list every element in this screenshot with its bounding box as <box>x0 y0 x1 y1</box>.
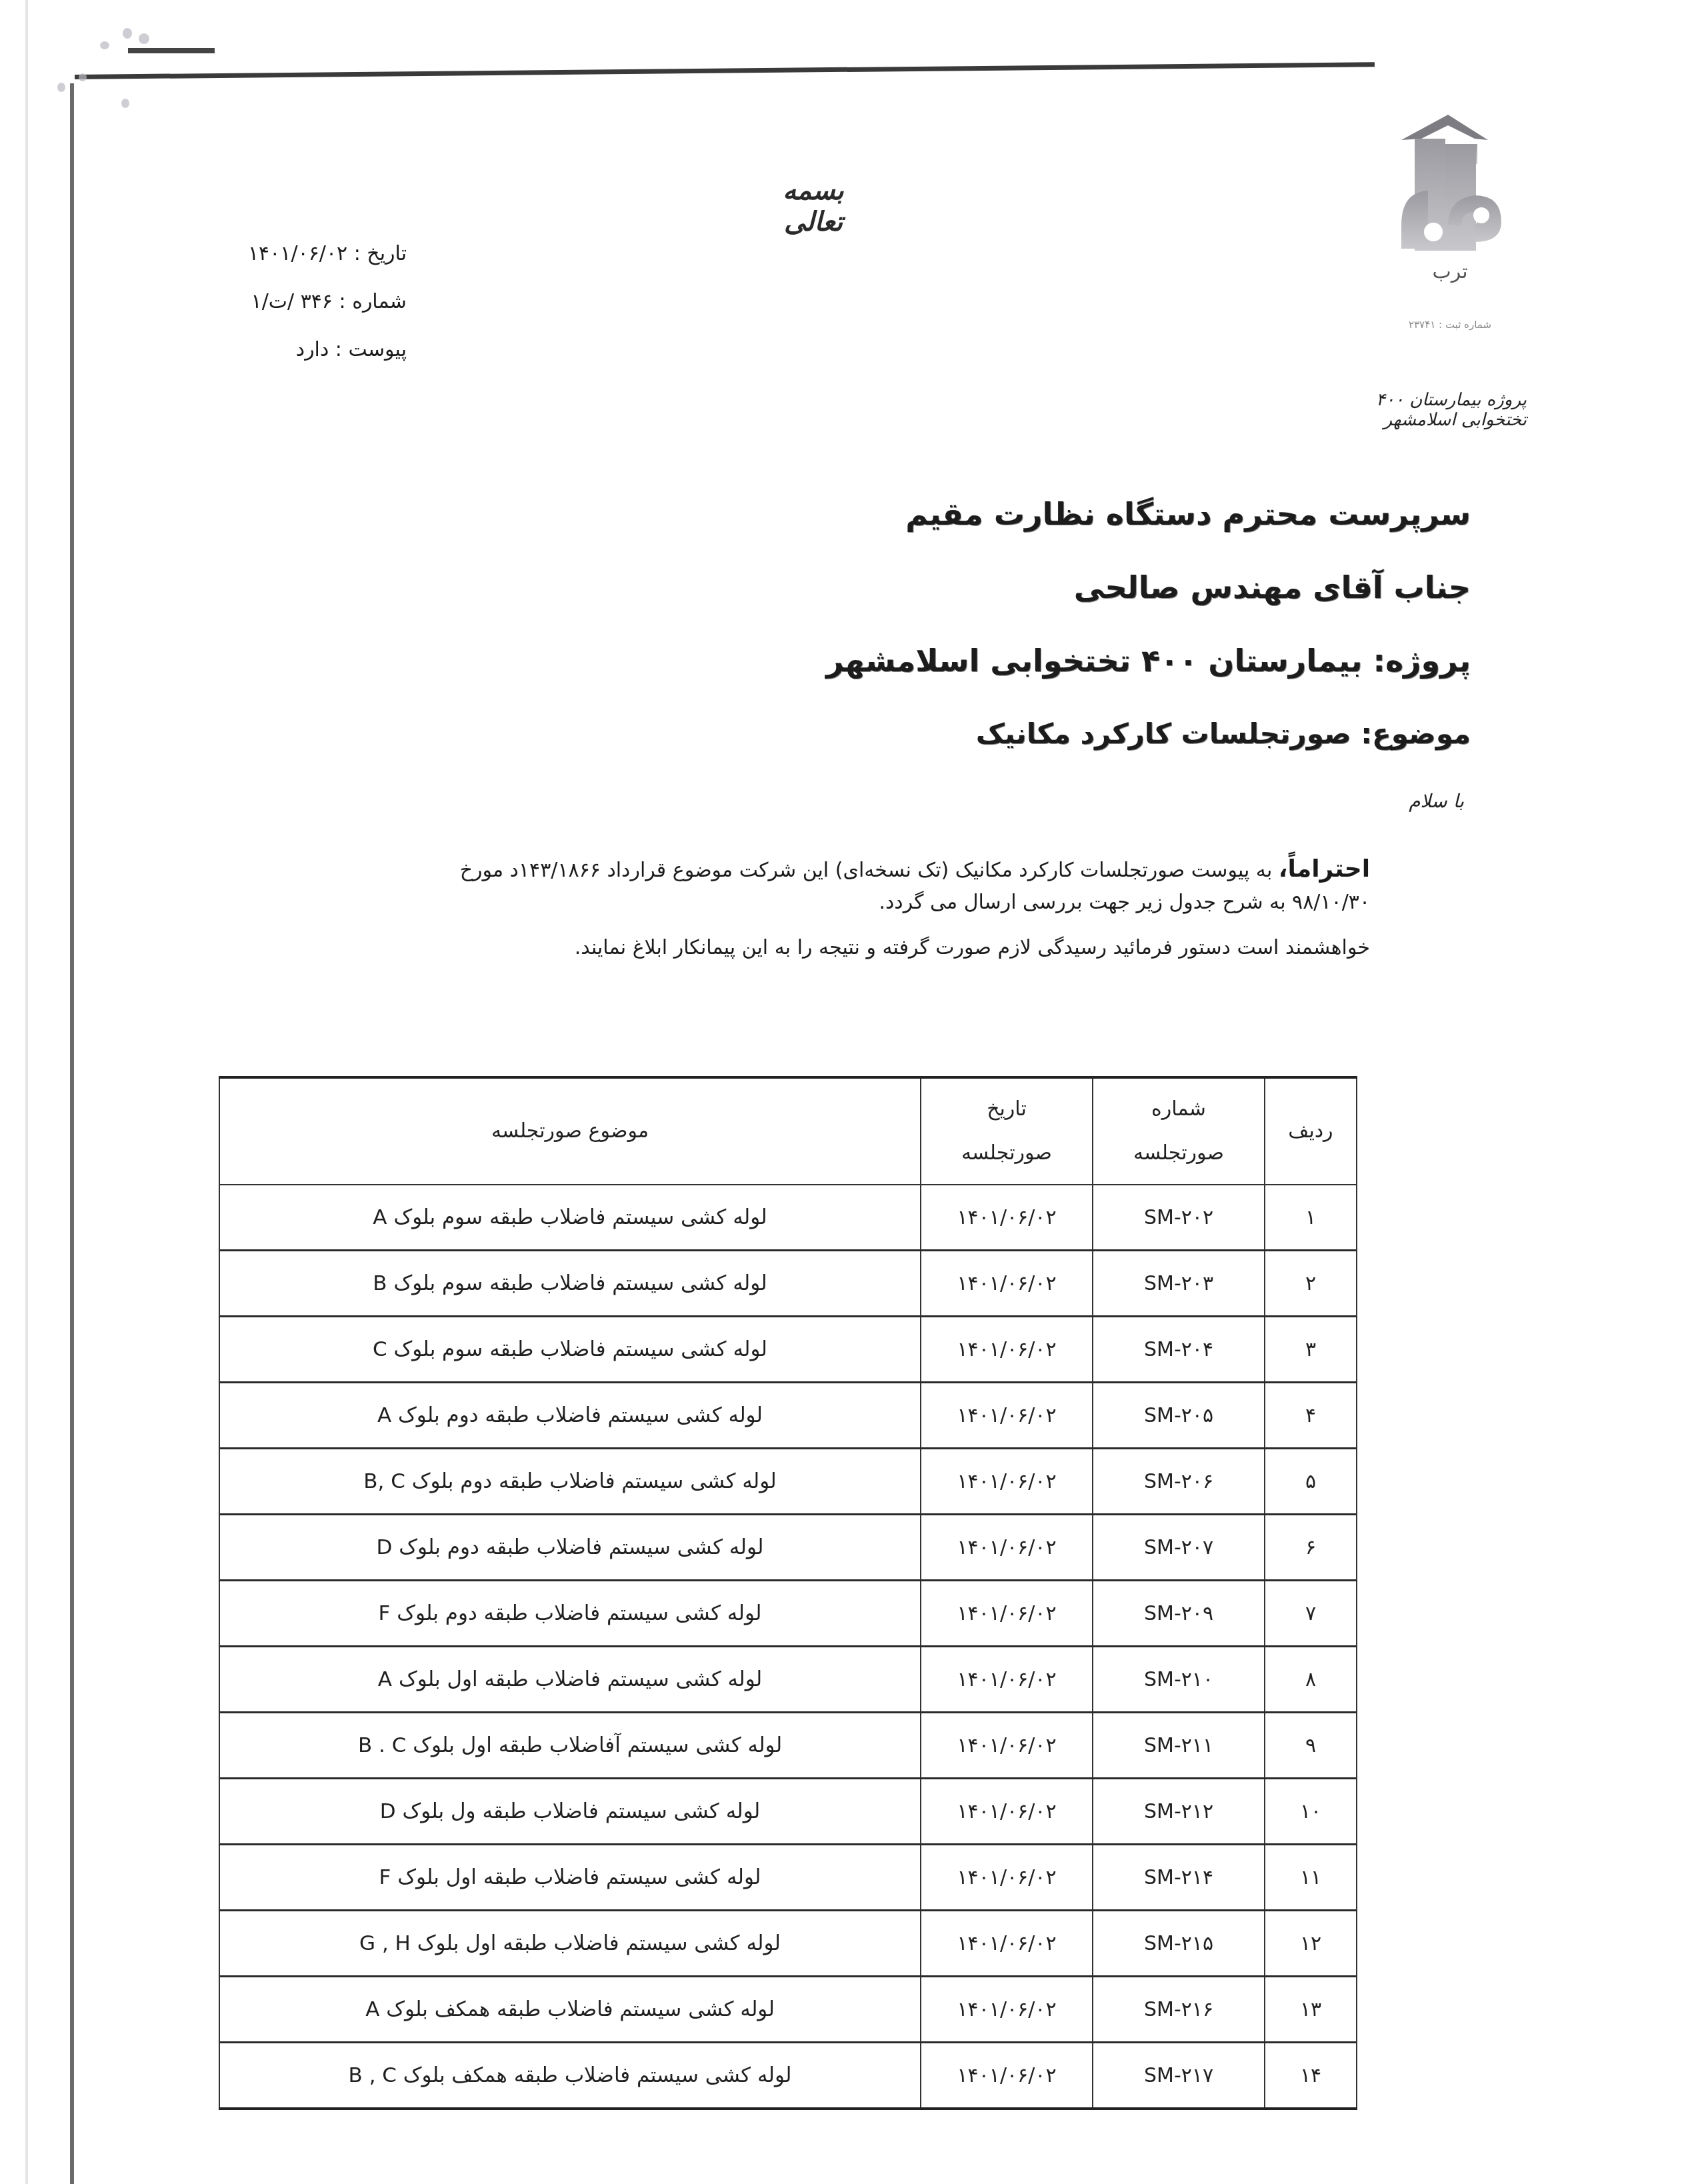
project-label: پروژه: <box>1373 643 1471 679</box>
greeting: با سلام <box>1409 790 1464 812</box>
row-subject: لوله کشی سیستم فاضلاب طبقه سوم بلوک A <box>219 1185 921 1251</box>
row-number: SM-۲۰۹ <box>1093 1581 1265 1647</box>
table-header-row: ردیف شماره صورتجلسه تاریخ صورتجلسه موضوع… <box>219 1077 1357 1185</box>
meta-number: شماره : ۳۴۶ /ت/۱ <box>220 278 407 326</box>
row-subject: لوله کشی سیستم فاضلاب طبقه اول بلوک A <box>219 1647 921 1713</box>
minutes-table-wrapper: ردیف شماره صورتجلسه تاریخ صورتجلسه موضوع… <box>219 1076 1357 2110</box>
row-subject: لوله کشی سیستم فاضلاب طبقه همکف بلوک A <box>219 1977 921 2043</box>
row-date: ۱۴۰۱/۰۶/۰۲ <box>921 1713 1093 1779</box>
meta-attachment-label: پیوست : <box>335 338 407 361</box>
row-number: SM-۲۱۶ <box>1093 1977 1265 2043</box>
table-row: ۵SM-۲۰۶۱۴۰۱/۰۶/۰۲لوله کشی سیستم فاضلاب ط… <box>219 1449 1357 1515</box>
header-number-line2: صورتجلسه <box>1100 1131 1257 1175</box>
row-subject: لوله کشی سیستم فاضلاب طبقه همکف بلوک B ,… <box>219 2043 921 2109</box>
header-number-line1: شماره <box>1100 1087 1257 1131</box>
row-index: ۷ <box>1265 1581 1357 1647</box>
row-date: ۱۴۰۱/۰۶/۰۲ <box>921 1383 1093 1449</box>
row-index: ۵ <box>1265 1449 1357 1515</box>
row-number: SM-۲۰۷ <box>1093 1515 1265 1581</box>
row-number: SM-۲۰۵ <box>1093 1383 1265 1449</box>
subject-value: صورتجلسات کارکرد مکانیک <box>976 717 1351 750</box>
subject-line: موضوع: صورتجلسات کارکرد مکانیک <box>804 713 1471 755</box>
row-index: ۶ <box>1265 1515 1357 1581</box>
row-index: ۱ <box>1265 1185 1357 1251</box>
body-line-2: ۹۸/۱۰/۳۰ به شرح جدول زیر جهت بررسی ارسال… <box>440 887 1370 919</box>
row-subject: لوله کشی سیستم فاضلاب طبقه سوم بلوک C <box>219 1317 921 1383</box>
row-index: ۲ <box>1265 1251 1357 1317</box>
row-index: ۱۴ <box>1265 2043 1357 2109</box>
body-lead: احتراماً، <box>1279 855 1370 883</box>
scan-smudge <box>57 83 65 92</box>
row-date: ۱۴۰۱/۰۶/۰۲ <box>921 1911 1093 1977</box>
row-number: SM-۲۱۱ <box>1093 1713 1265 1779</box>
frame-corner-stub <box>128 48 215 53</box>
subject-label: موضوع: <box>1361 717 1471 750</box>
row-index: ۴ <box>1265 1383 1357 1449</box>
body-line-3: خواهشمند است دستور فرمائید رسیدگی لازم ص… <box>440 932 1370 964</box>
header-subject: موضوع صورتجلسه <box>219 1077 921 1185</box>
row-number: SM-۲۱۰ <box>1093 1647 1265 1713</box>
table-row: ۹SM-۲۱۱۱۴۰۱/۰۶/۰۲لوله کشی سیستم آفاضلاب … <box>219 1713 1357 1779</box>
row-number: SM-۲۰۲ <box>1093 1185 1265 1251</box>
table-row: ۱۴SM-۲۱۷۱۴۰۱/۰۶/۰۲لوله کشی سیستم فاضلاب … <box>219 2043 1357 2109</box>
header-date-line2: صورتجلسه <box>928 1131 1085 1175</box>
meta-date: تاریخ : ۱۴۰۱/۰۶/۰۲ <box>220 230 407 278</box>
project-line: پروژه: بیمارستان ۴۰۰ تختخوابی اسلامشهر <box>804 640 1471 681</box>
row-index: ۹ <box>1265 1713 1357 1779</box>
handwritten-project-note: پروژه بیمارستان ۴۰۰ تختخوابی اسلامشهر <box>1327 390 1527 430</box>
row-index: ۸ <box>1265 1647 1357 1713</box>
row-subject: لوله کشی سیستم فاضلاب طبقه دوم بلوک A <box>219 1383 921 1449</box>
company-logo-icon <box>1381 112 1515 339</box>
frame-left-border <box>70 83 74 2184</box>
scan-smudge <box>79 73 87 81</box>
meta-number-label: شماره : <box>339 290 407 313</box>
company-name: ترب <box>1383 260 1517 283</box>
company-registration: شماره ثبت : ۲۳۷۴۱ <box>1380 319 1520 331</box>
row-subject: لوله کشی سیستم فاضلاب طبقه اول بلوک F <box>219 1845 921 1911</box>
row-number: SM-۲۰۴ <box>1093 1317 1265 1383</box>
row-number: SM-۲۱۵ <box>1093 1911 1265 1977</box>
header-index: ردیف <box>1265 1077 1357 1185</box>
row-subject: لوله کشی سیستم فاضلاب طبقه دوم بلوک F <box>219 1581 921 1647</box>
row-number: SM-۲۰۶ <box>1093 1449 1265 1515</box>
meta-attachment-value: دارد <box>296 338 329 361</box>
addressee-title: سرپرست محترم دستگاه نظارت مقیم <box>804 493 1471 535</box>
letter-meta: تاریخ : ۱۴۰۱/۰۶/۰۲ شماره : ۳۴۶ /ت/۱ پیوس… <box>220 230 407 374</box>
meta-number-value: ۳۴۶ /ت/۱ <box>251 290 333 313</box>
row-index: ۳ <box>1265 1317 1357 1383</box>
addressee-name: جناب آقای مهندس صالحی <box>804 567 1471 608</box>
row-subject: لوله کشی سیستم فاضلاب طبقه دوم بلوک D <box>219 1515 921 1581</box>
body-line-1-text: به پیوست صورتجلسات کارکرد مکانیک (تک نسخ… <box>460 859 1273 882</box>
row-subject: لوله کشی سیستم آفاضلاب طبقه اول بلوک B .… <box>219 1713 921 1779</box>
row-date: ۱۴۰۱/۰۶/۰۲ <box>921 1251 1093 1317</box>
scan-page-edge <box>25 0 28 2184</box>
table-row: ۱۰SM-۲۱۲۱۴۰۱/۰۶/۰۲لوله کشی سیستم فاضلاب … <box>219 1779 1357 1845</box>
frame-top-border <box>75 62 1375 79</box>
meta-attachment: پیوست : دارد <box>220 326 407 374</box>
table-row: ۱SM-۲۰۲۱۴۰۱/۰۶/۰۲لوله کشی سیستم فاضلاب ط… <box>219 1185 1357 1251</box>
row-date: ۱۴۰۱/۰۶/۰۲ <box>921 1977 1093 2043</box>
table-row: ۱۲SM-۲۱۵۱۴۰۱/۰۶/۰۲لوله کشی سیستم فاضلاب … <box>219 1911 1357 1977</box>
row-subject: لوله کشی سیستم فاضلاب طبقه اول بلوک G , … <box>219 1911 921 1977</box>
scan-smudge <box>123 28 132 39</box>
row-index: ۱۲ <box>1265 1911 1357 1977</box>
meta-date-value: ۱۴۰۱/۰۶/۰۲ <box>248 242 347 265</box>
table-row: ۸SM-۲۱۰۱۴۰۱/۰۶/۰۲لوله کشی سیستم فاضلاب ط… <box>219 1647 1357 1713</box>
row-subject: لوله کشی سیستم فاضلاب طبقه ول بلوک D <box>219 1779 921 1845</box>
letter-body: احتراماً، به پیوست صورتجلسات کارکرد مکان… <box>440 853 1370 964</box>
table-row: ۱۳SM-۲۱۶۱۴۰۱/۰۶/۰۲لوله کشی سیستم فاضلاب … <box>219 1977 1357 2043</box>
header-number: شماره صورتجلسه <box>1093 1077 1265 1185</box>
table-row: ۴SM-۲۰۵۱۴۰۱/۰۶/۰۲لوله کشی سیستم فاضلاب ط… <box>219 1383 1357 1449</box>
project-value: بیمارستان ۴۰۰ تختخوابی اسلامشهر <box>826 643 1362 679</box>
row-date: ۱۴۰۱/۰۶/۰۲ <box>921 1581 1093 1647</box>
row-date: ۱۴۰۱/۰۶/۰۲ <box>921 2043 1093 2109</box>
table-row: ۳SM-۲۰۴۱۴۰۱/۰۶/۰۲لوله کشی سیستم فاضلاب ط… <box>219 1317 1357 1383</box>
row-subject: لوله کشی سیستم فاضلاب طبقه سوم بلوک B <box>219 1251 921 1317</box>
meta-date-label: تاریخ : <box>354 242 407 265</box>
bismillah-heading: بسمه تعالی <box>767 175 860 237</box>
row-number: SM-۲۱۲ <box>1093 1779 1265 1845</box>
header-date-line1: تاریخ <box>928 1087 1085 1131</box>
row-number: SM-۲۰۳ <box>1093 1251 1265 1317</box>
body-line-1: احتراماً، به پیوست صورتجلسات کارکرد مکان… <box>440 853 1370 887</box>
scan-smudge <box>121 99 129 108</box>
scan-smudge <box>139 33 149 44</box>
row-index: ۱۰ <box>1265 1779 1357 1845</box>
row-date: ۱۴۰۱/۰۶/۰۲ <box>921 1647 1093 1713</box>
row-date: ۱۴۰۱/۰۶/۰۲ <box>921 1779 1093 1845</box>
scan-smudge <box>100 41 109 49</box>
row-date: ۱۴۰۱/۰۶/۰۲ <box>921 1317 1093 1383</box>
table-row: ۶SM-۲۰۷۱۴۰۱/۰۶/۰۲لوله کشی سیستم فاضلاب ط… <box>219 1515 1357 1581</box>
row-date: ۱۴۰۱/۰۶/۰۲ <box>921 1449 1093 1515</box>
table-row: ۷SM-۲۰۹۱۴۰۱/۰۶/۰۲لوله کشی سیستم فاضلاب ط… <box>219 1581 1357 1647</box>
row-index: ۱۱ <box>1265 1845 1357 1911</box>
row-index: ۱۳ <box>1265 1977 1357 2043</box>
row-date: ۱۴۰۱/۰۶/۰۲ <box>921 1185 1093 1251</box>
row-number: SM-۲۱۷ <box>1093 2043 1265 2109</box>
minutes-table: ردیف شماره صورتجلسه تاریخ صورتجلسه موضوع… <box>219 1076 1357 2110</box>
row-subject: لوله کشی سیستم فاضلاب طبقه دوم بلوک B, C <box>219 1449 921 1515</box>
header-date: تاریخ صورتجلسه <box>921 1077 1093 1185</box>
table-row: ۲SM-۲۰۳۱۴۰۱/۰۶/۰۲لوله کشی سیستم فاضلاب ط… <box>219 1251 1357 1317</box>
addressee-block: سرپرست محترم دستگاه نظارت مقیم جناب آقای… <box>804 493 1471 787</box>
row-number: SM-۲۱۴ <box>1093 1845 1265 1911</box>
row-date: ۱۴۰۱/۰۶/۰۲ <box>921 1515 1093 1581</box>
table-row: ۱۱SM-۲۱۴۱۴۰۱/۰۶/۰۲لوله کشی سیستم فاضلاب … <box>219 1845 1357 1911</box>
row-date: ۱۴۰۱/۰۶/۰۲ <box>921 1845 1093 1911</box>
